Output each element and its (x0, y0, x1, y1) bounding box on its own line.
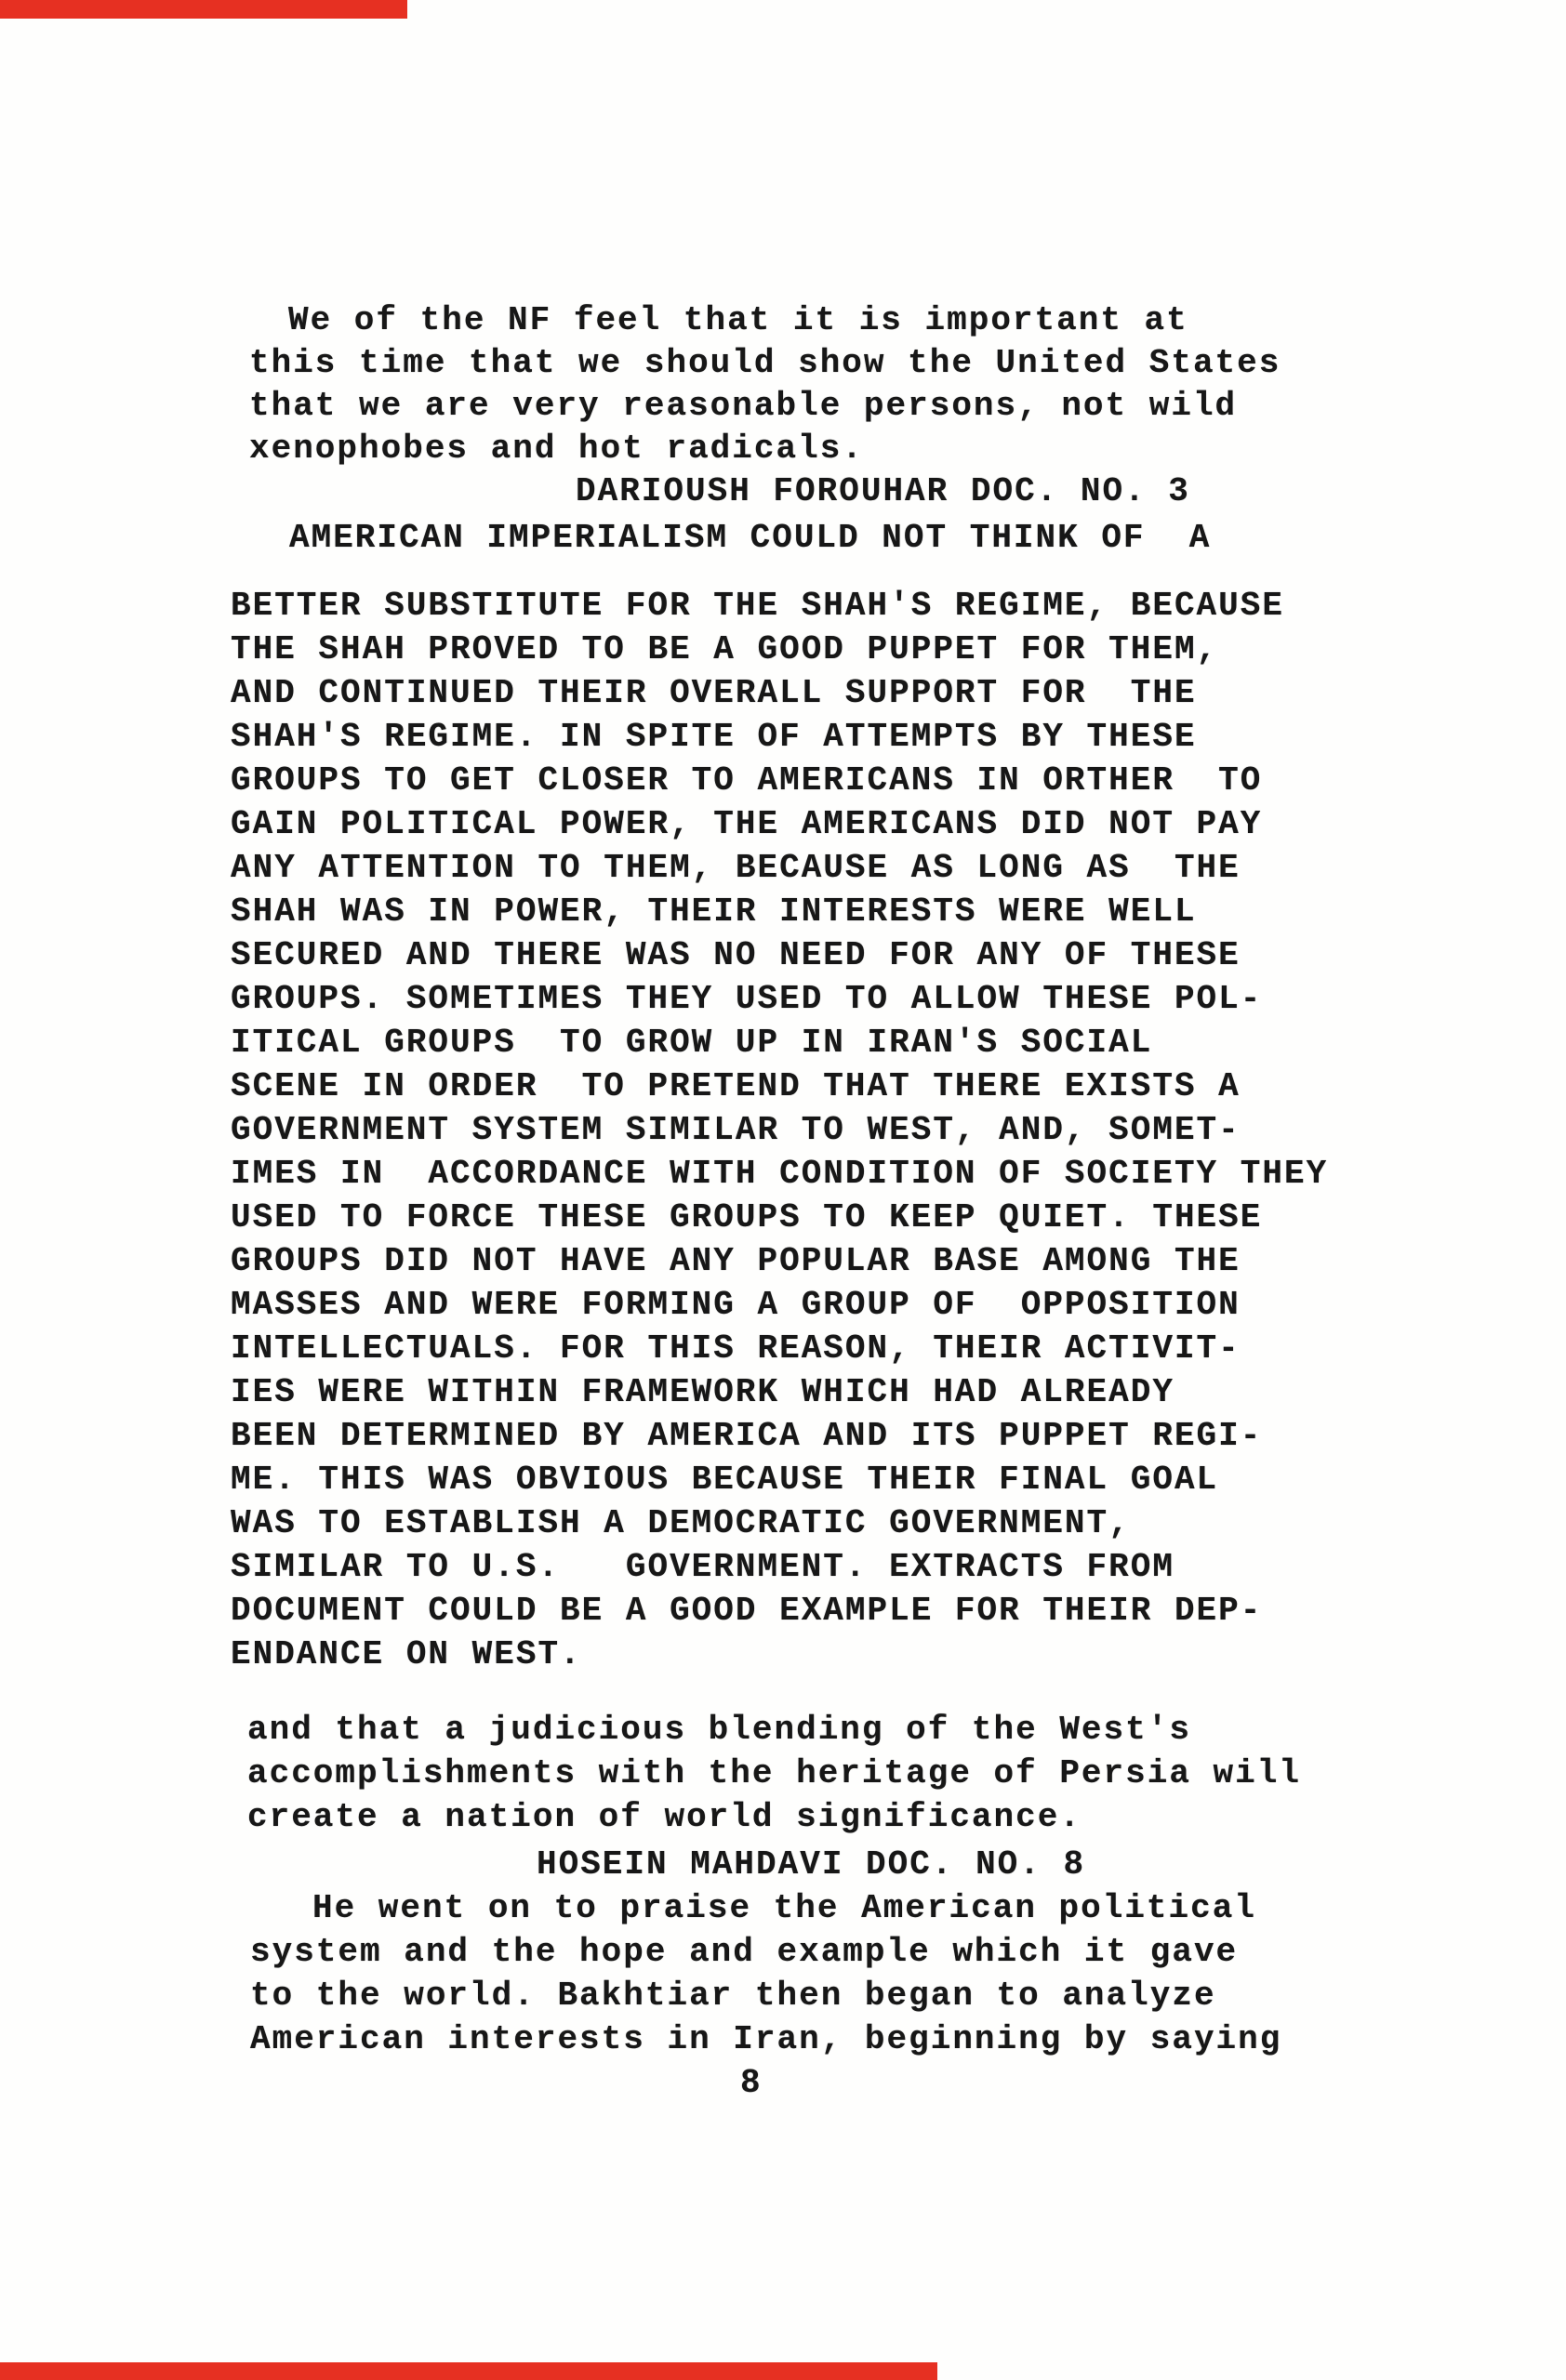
text-line: this time that we should show the United… (249, 342, 1281, 385)
text-line: that we are very reasonable persons, not… (249, 385, 1281, 428)
text-line: SECURED AND THERE WAS NO NEED FOR ANY OF… (231, 933, 1328, 977)
text-line: GROUPS. SOMETIMES THEY USED TO ALLOW THE… (231, 977, 1328, 1021)
text-line: He went on to praise the American politi… (250, 1887, 1281, 1931)
text-line: BETTER SUBSTITUTE FOR THE SHAH'S REGIME,… (231, 584, 1328, 628)
intro-paragraph: We of the NF feel that it is important a… (249, 299, 1281, 470)
text-line: IES WERE WITHIN FRAMEWORK WHICH HAD ALRE… (231, 1370, 1328, 1414)
heading-text: AMERICAN IMPERIALISM COULD NOT THINK OF … (289, 517, 1211, 560)
text-line: SHAH'S REGIME. IN SPITE OF ATTEMPTS BY T… (231, 715, 1328, 759)
text-line: ANY ATTENTION TO THEM, BECAUSE AS LONG A… (231, 846, 1328, 890)
page-number-text: 8 (740, 2062, 763, 2105)
red-edge-mark-top (0, 0, 407, 19)
text-line: SHAH WAS IN POWER, THEIR INTERESTS WERE … (231, 890, 1328, 933)
text-line: GOVERNMENT SYSTEM SIMILAR TO WEST, AND, … (231, 1108, 1328, 1152)
text-line: American interests in Iran, beginning by… (250, 2018, 1281, 2062)
caps-heading-line: AMERICAN IMPERIALISM COULD NOT THINK OF … (289, 517, 1211, 560)
text-line: system and the hope and example which it… (250, 1931, 1281, 1975)
text-line: SIMILAR TO U.S. GOVERNMENT. EXTRACTS FRO… (231, 1545, 1328, 1589)
closing-paragraph: He went on to praise the American politi… (250, 1887, 1281, 2062)
text-line: ENDANCE ON WEST. (231, 1633, 1328, 1676)
citation-text: HOSEIN MAHDAVI DOC. NO. 8 (537, 1843, 1085, 1885)
document-page: We of the NF feel that it is important a… (0, 0, 1566, 2380)
text-line: BEEN DETERMINED BY AMERICA AND ITS PUPPE… (231, 1414, 1328, 1458)
citation-dariush-forouhar: DARIOUSH FOROUHAR DOC. NO. 3 (576, 469, 1190, 512)
text-line: MASSES AND WERE FORMING A GROUP OF OPPOS… (231, 1283, 1328, 1327)
caps-paragraph: BETTER SUBSTITUTE FOR THE SHAH'S REGIME,… (231, 584, 1328, 1676)
text-line: GAIN POLITICAL POWER, THE AMERICANS DID … (231, 802, 1328, 846)
citation-text: DARIOUSH FOROUHAR DOC. NO. 3 (576, 469, 1190, 512)
text-line: THE SHAH PROVED TO BE A GOOD PUPPET FOR … (231, 628, 1328, 671)
text-line: xenophobes and hot radicals. (249, 428, 1281, 470)
text-line: ITICAL GROUPS TO GROW UP IN IRAN'S SOCIA… (231, 1021, 1328, 1064)
text-line: IMES IN ACCORDANCE WITH CONDITION OF SOC… (231, 1152, 1328, 1196)
text-line: to the world. Bakhtiar then began to ana… (250, 1975, 1281, 2018)
text-line: WAS TO ESTABLISH A DEMOCRATIC GOVERNMENT… (231, 1501, 1328, 1545)
page-number: 8 (740, 2062, 763, 2105)
text-line: accomplishments with the heritage of Per… (247, 1752, 1301, 1796)
text-line: ME. THIS WAS OBVIOUS BECAUSE THEIR FINAL… (231, 1458, 1328, 1501)
text-line: INTELLECTUALS. FOR THIS REASON, THEIR AC… (231, 1327, 1328, 1370)
citation-hosein-mahdavi: HOSEIN MAHDAVI DOC. NO. 8 (537, 1843, 1085, 1885)
quote-paragraph: and that a judicious blending of the Wes… (247, 1709, 1301, 1840)
text-line: DOCUMENT COULD BE A GOOD EXAMPLE FOR THE… (231, 1589, 1328, 1633)
text-line: SCENE IN ORDER TO PRETEND THAT THERE EXI… (231, 1064, 1328, 1108)
text-line: and that a judicious blending of the Wes… (247, 1709, 1301, 1752)
text-line: GROUPS TO GET CLOSER TO AMERICANS IN ORT… (231, 759, 1328, 802)
text-line: GROUPS DID NOT HAVE ANY POPULAR BASE AMO… (231, 1239, 1328, 1283)
red-edge-mark-bottom (0, 2362, 937, 2380)
text-line: create a nation of world significance. (247, 1796, 1301, 1840)
text-line: USED TO FORCE THESE GROUPS TO KEEP QUIET… (231, 1196, 1328, 1239)
text-line: AND CONTINUED THEIR OVERALL SUPPORT FOR … (231, 671, 1328, 715)
text-line: We of the NF feel that it is important a… (249, 299, 1281, 342)
